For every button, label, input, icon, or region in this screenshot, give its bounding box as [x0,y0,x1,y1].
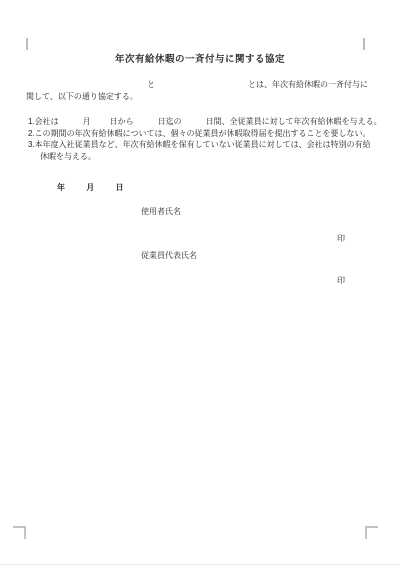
clause-1-day-from: 日から [110,117,134,127]
clause-1: 1. 会社は 月 日から 日迄の 日間、全従業員に対して年次有給休暇を与える。 [28,117,382,127]
clause-2-number: 2. [28,129,35,139]
employer-seal-mark: 印 [337,234,345,244]
clause-3-line-2: 休暇を与える。 [40,152,96,162]
clause-1-day-until: 日迄の [158,117,182,127]
corner-mark-top-left [26,38,28,50]
clause-2: 2. この期間の年次有給休暇については、個々の従業員が休暇取得届を提出することを… [28,129,371,139]
clause-1-number: 1. [28,117,35,127]
clause-1-company: 会社は [35,117,59,127]
document-title: 年次有給休暇の一斉付与に関する協定 [0,51,400,65]
employee-rep-seal-mark: 印 [337,276,345,286]
year-label: 年 [57,183,65,192]
clause-3-number: 3. [28,140,35,150]
employee-rep-name-label: 従業員代表氏名 [141,251,197,261]
intro-line-2: 関して、以下の通り協定する。 [26,92,138,102]
clause-3-line-1: 3. 本年度入社従業員など、年次有給休暇を保有していない従業員に対しては、会社は… [28,140,371,150]
clause-3-text-line-1: 本年度入社従業員など、年次有給休暇を保有していない従業員に対しては、会社は特別の… [35,140,371,150]
document-page: 年次有給休暇の一斉付与に関する協定 と とは、年次有給休暇の一斉付与に 関して、… [0,0,400,565]
corner-mark-top-right [363,38,365,50]
intro-line-1-tail: とは、年次有給休暇の一斉付与に [248,80,368,90]
corner-mark-bottom-left [13,526,26,539]
clause-1-tail: 日間、全従業員に対して年次有給休暇を与える。 [206,117,382,127]
clause-1-month-label: 月 [83,117,91,127]
intro-particle: と [147,80,155,90]
employer-name-label: 使用者氏名 [141,207,181,217]
month-label: 月 [86,183,94,192]
corner-mark-bottom-right [365,526,378,539]
clause-2-text: この期間の年次有給休暇については、個々の従業員が休暇取得届を提出することを要しな… [35,129,371,139]
date-line: 年 月 日 [57,183,123,193]
day-label: 日 [115,183,123,192]
